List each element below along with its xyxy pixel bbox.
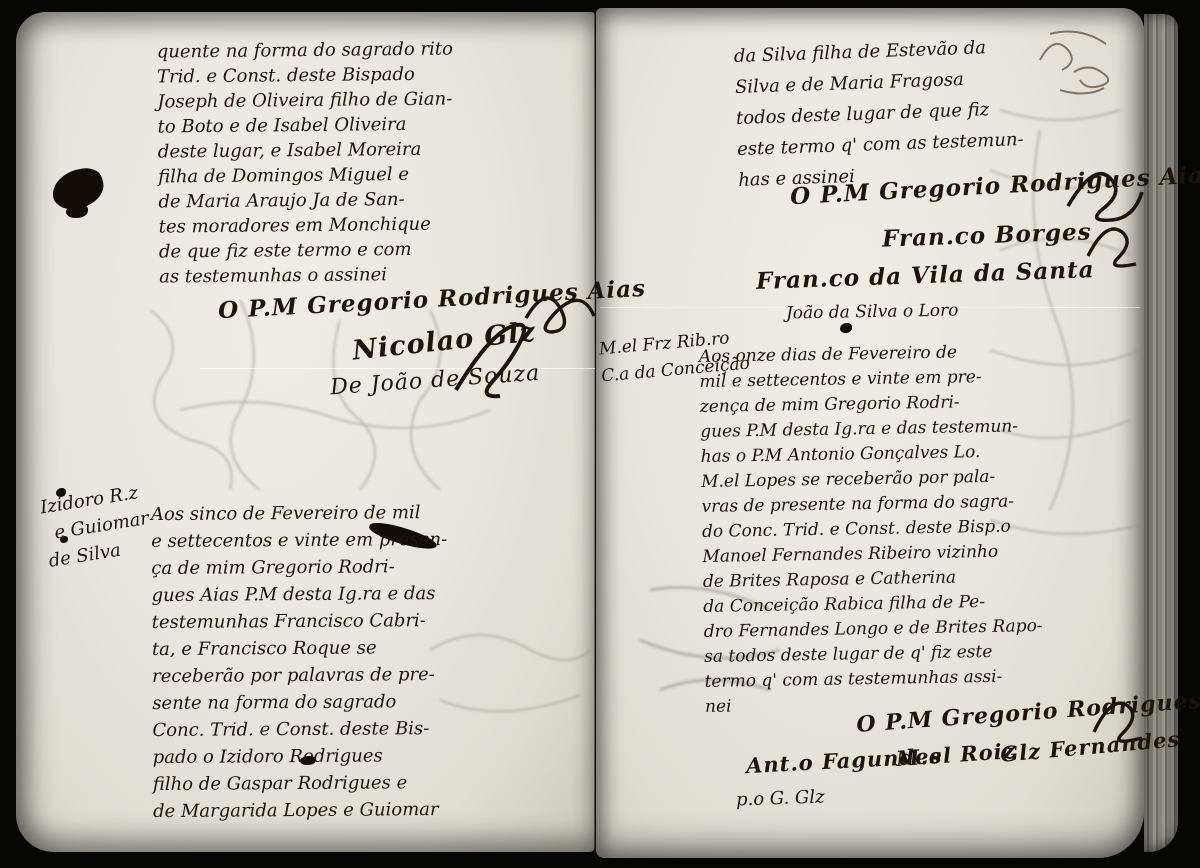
manuscript-line: receberão por palavras de pre- bbox=[152, 661, 448, 690]
signature-flourish bbox=[436, 310, 546, 410]
manuscript-line: tes moradores em Monchique bbox=[159, 211, 455, 239]
manuscript-line: Conc. Trid. e Const. deste Bis- bbox=[152, 715, 448, 744]
manuscript-line: Trid. e Const. deste Bispado bbox=[157, 61, 453, 89]
manuscript-line: filho de Gaspar Rodrigues e bbox=[153, 769, 449, 798]
manuscript-line: de que fiz este termo e com bbox=[159, 236, 455, 264]
manuscript-line: Joseph de Oliveira filho de Gian- bbox=[157, 86, 453, 114]
witness-signature: p.o G. Glz bbox=[736, 786, 825, 810]
manuscript-line: gues Aias P.M desta Ig.ra e das bbox=[151, 580, 447, 609]
manuscript-line: sente na forma do sagrado bbox=[152, 688, 448, 717]
manuscript-line: pado o Izidoro Rodrigues bbox=[153, 742, 449, 771]
manuscript-line: ta, e Francisco Roque se bbox=[152, 634, 448, 663]
manuscript-line: deste lugar, e Isabel Moreira bbox=[158, 136, 454, 164]
manuscript-line: testemunhas Francisco Cabri- bbox=[152, 607, 448, 636]
witness-signature: João da Silva o Loro bbox=[786, 300, 959, 323]
manuscript-line: as testemunhas o assinei bbox=[159, 261, 455, 289]
left-entry-continuation: quente na forma do sagrado rito Trid. e … bbox=[157, 36, 456, 289]
manuscript-photo: quente na forma do sagrado rito Trid. e … bbox=[0, 0, 1200, 868]
manuscript-line: Aos sinco de Fevereiro de mil bbox=[151, 499, 447, 528]
manuscript-line: de Maria Araujo Ja de San- bbox=[158, 186, 454, 214]
corner-scribbles bbox=[1030, 20, 1140, 110]
manuscript-line: e settecentos e vinte em presen- bbox=[151, 526, 447, 555]
manuscript-line: de Margarida Lopes e Guiomar bbox=[153, 796, 449, 825]
margin-note-couple-names: Izidoro R.z e Guiomar de Silva bbox=[38, 478, 155, 574]
right-entry-continuation: da Silva filha de Estevão da Silva e de … bbox=[733, 31, 1025, 196]
manuscript-line: ça de mim Gregorio Rodri- bbox=[151, 553, 447, 582]
manuscript-line: quente na forma do sagrado rito bbox=[157, 36, 453, 64]
left-marriage-entry: Aos sinco de Fevereiro de mil e settecen… bbox=[151, 499, 449, 825]
manuscript-line: filha de Domingos Miguel e bbox=[158, 161, 454, 189]
manuscript-line: to Boto e de Isabel Oliveira bbox=[157, 111, 453, 139]
right-marriage-entry: Aos onze dias de Fevereiro de mil e sett… bbox=[699, 339, 1044, 720]
